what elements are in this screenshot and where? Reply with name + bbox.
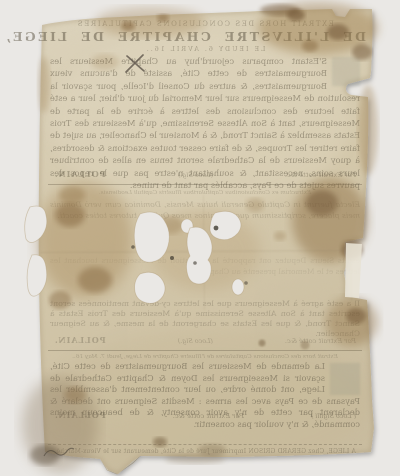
scanned-document-page: EXTRAIT HORS DES CONCLUSIONS CAPITULAIRE… xyxy=(0,0,400,476)
paper-sheet-underlay xyxy=(0,0,400,476)
